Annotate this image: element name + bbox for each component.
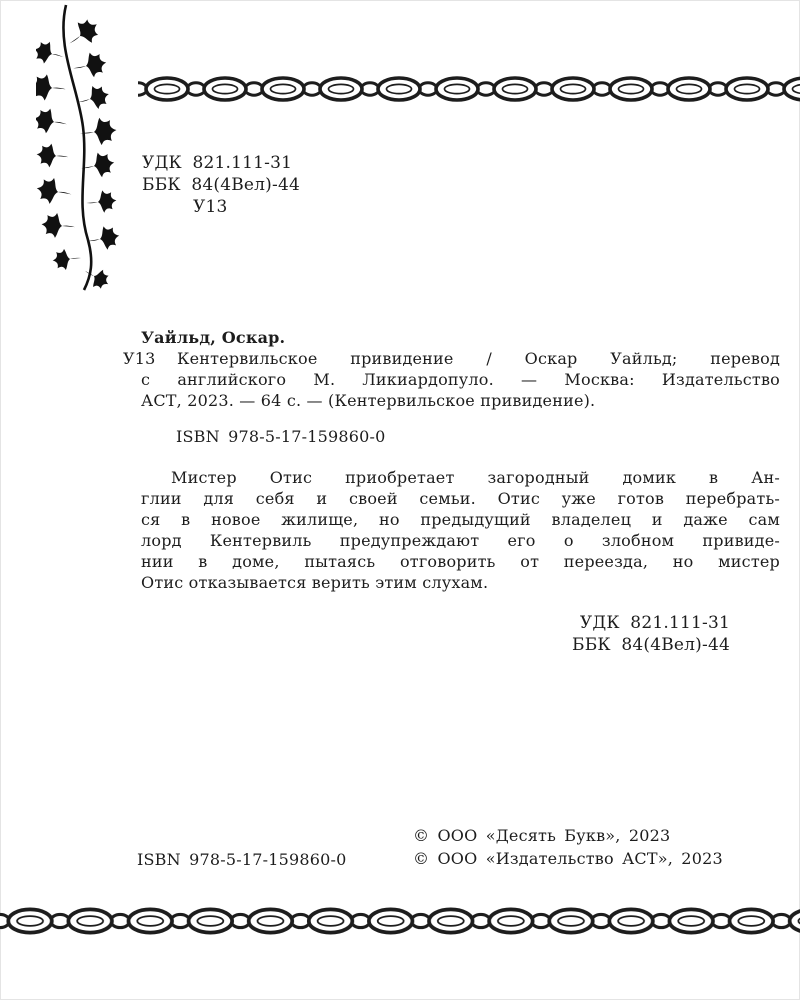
catalog-line: АСТ, 2023. — 64 с. — (Кентервильское при… (121, 390, 780, 411)
classification-codes-bottom: УДК 821.111-31 ББК 84(4Вел)-44 (141, 612, 730, 656)
copyright-line: © ООО «Издательство АСТ», 2023 (413, 847, 723, 870)
bbk-code: ББК 84(4Вел)-44 (142, 174, 300, 196)
annotation-line: ся в новое жилище, но предыдущий владеле… (141, 509, 780, 530)
bbk-code: ББК 84(4Вел)-44 (141, 634, 730, 656)
copyright-block: © ООО «Десять Букв», 2023 © ООО «Издател… (413, 824, 723, 870)
chain-border-bottom-icon (0, 903, 800, 939)
udk-code: УДК 821.111-31 (142, 152, 300, 174)
catalog-line: с английского М. Ликиардопуло. — Москва:… (121, 369, 780, 390)
annotation: Мистер Отис приобретает загородный домик… (141, 467, 780, 593)
catalog-card: Уайльд, Оскар. У13 Кентервильское привид… (121, 327, 780, 411)
annotation-line: лорд Кентервиль предупреждают его о злоб… (141, 530, 780, 551)
annotation-line: Мистер Отис приобретает загородный домик… (141, 467, 780, 488)
author-sign-code: У13 (142, 196, 300, 218)
ivy-vine-icon (36, 2, 128, 292)
imprint-page: УДК 821.111-31 ББК 84(4Вел)-44 У13 Уайль… (0, 0, 800, 1000)
annotation-line: нии в доме, пытаясь отговорить от переез… (141, 551, 780, 572)
isbn-line: ISBN 978-5-17-159860-0 (176, 426, 386, 447)
chain-border-top-icon (138, 72, 800, 106)
catalog-code-label: У13 (123, 348, 156, 369)
author-heading: Уайльд, Оскар. (121, 327, 780, 348)
copyright-line: © ООО «Десять Букв», 2023 (413, 824, 723, 847)
catalog-line: Кентервильское привидение / Оскар Уайльд… (177, 348, 780, 369)
annotation-line: глии для себя и своей семьи. Отис уже го… (141, 488, 780, 509)
footer-isbn: ISBN 978-5-17-159860-0 (137, 849, 347, 870)
udk-code: УДК 821.111-31 (141, 612, 730, 634)
classification-codes-top: УДК 821.111-31 ББК 84(4Вел)-44 У13 (142, 152, 300, 218)
catalog-entry-first-line: У13 Кентервильское привидение / Оскар Уа… (121, 348, 780, 369)
annotation-line: Отис отказывается верить этим слухам. (141, 572, 780, 593)
